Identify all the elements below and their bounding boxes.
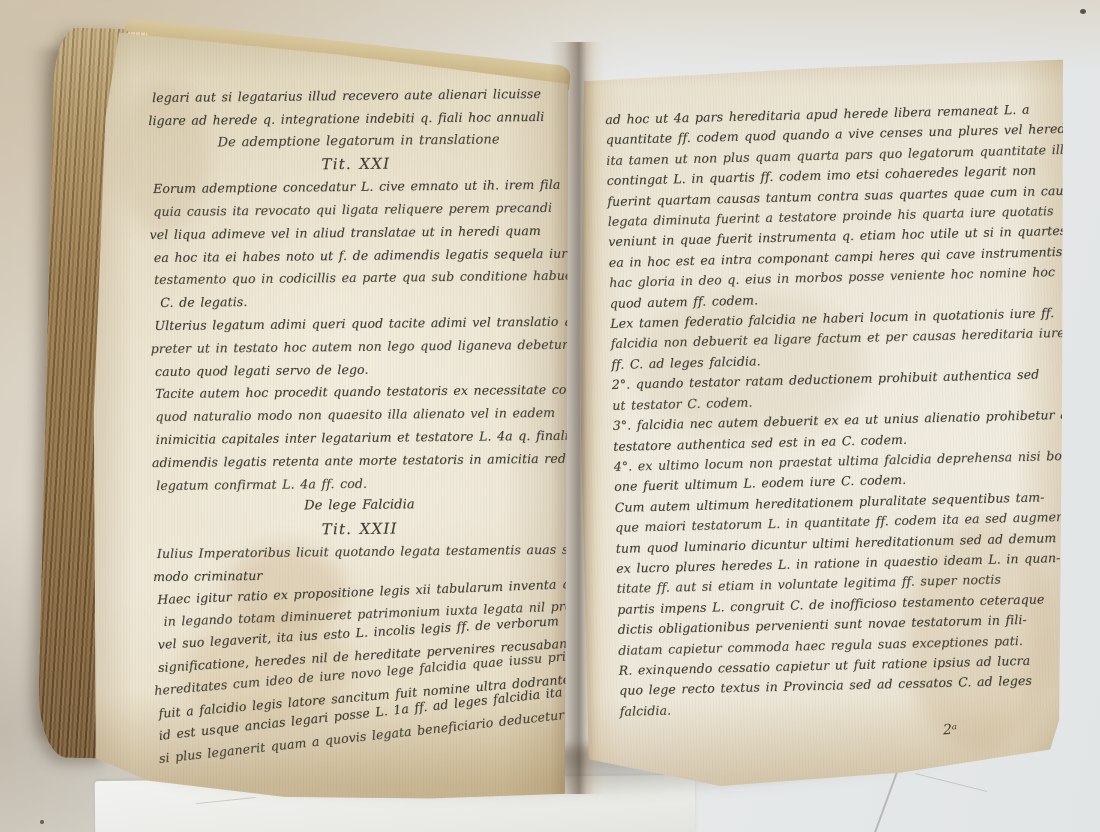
surface-speck — [40, 820, 44, 824]
right-page-text: ad hoc ut 4a pars hereditaria apud hered… — [605, 99, 1058, 722]
left-page-text: legari aut si legatarius illud recevero … — [152, 83, 565, 771]
right-manuscript-page: ad hoc ut 4a pars hereditaria apud hered… — [575, 50, 1070, 795]
quire-mark: 2ᵃ — [943, 722, 958, 739]
left-manuscript-page: legari aut si legatarius illud recevero … — [90, 25, 575, 800]
manuscript-photo-scene: legari aut si legatarius illud recevero … — [0, 0, 1100, 832]
surface-speck — [1080, 9, 1086, 14]
